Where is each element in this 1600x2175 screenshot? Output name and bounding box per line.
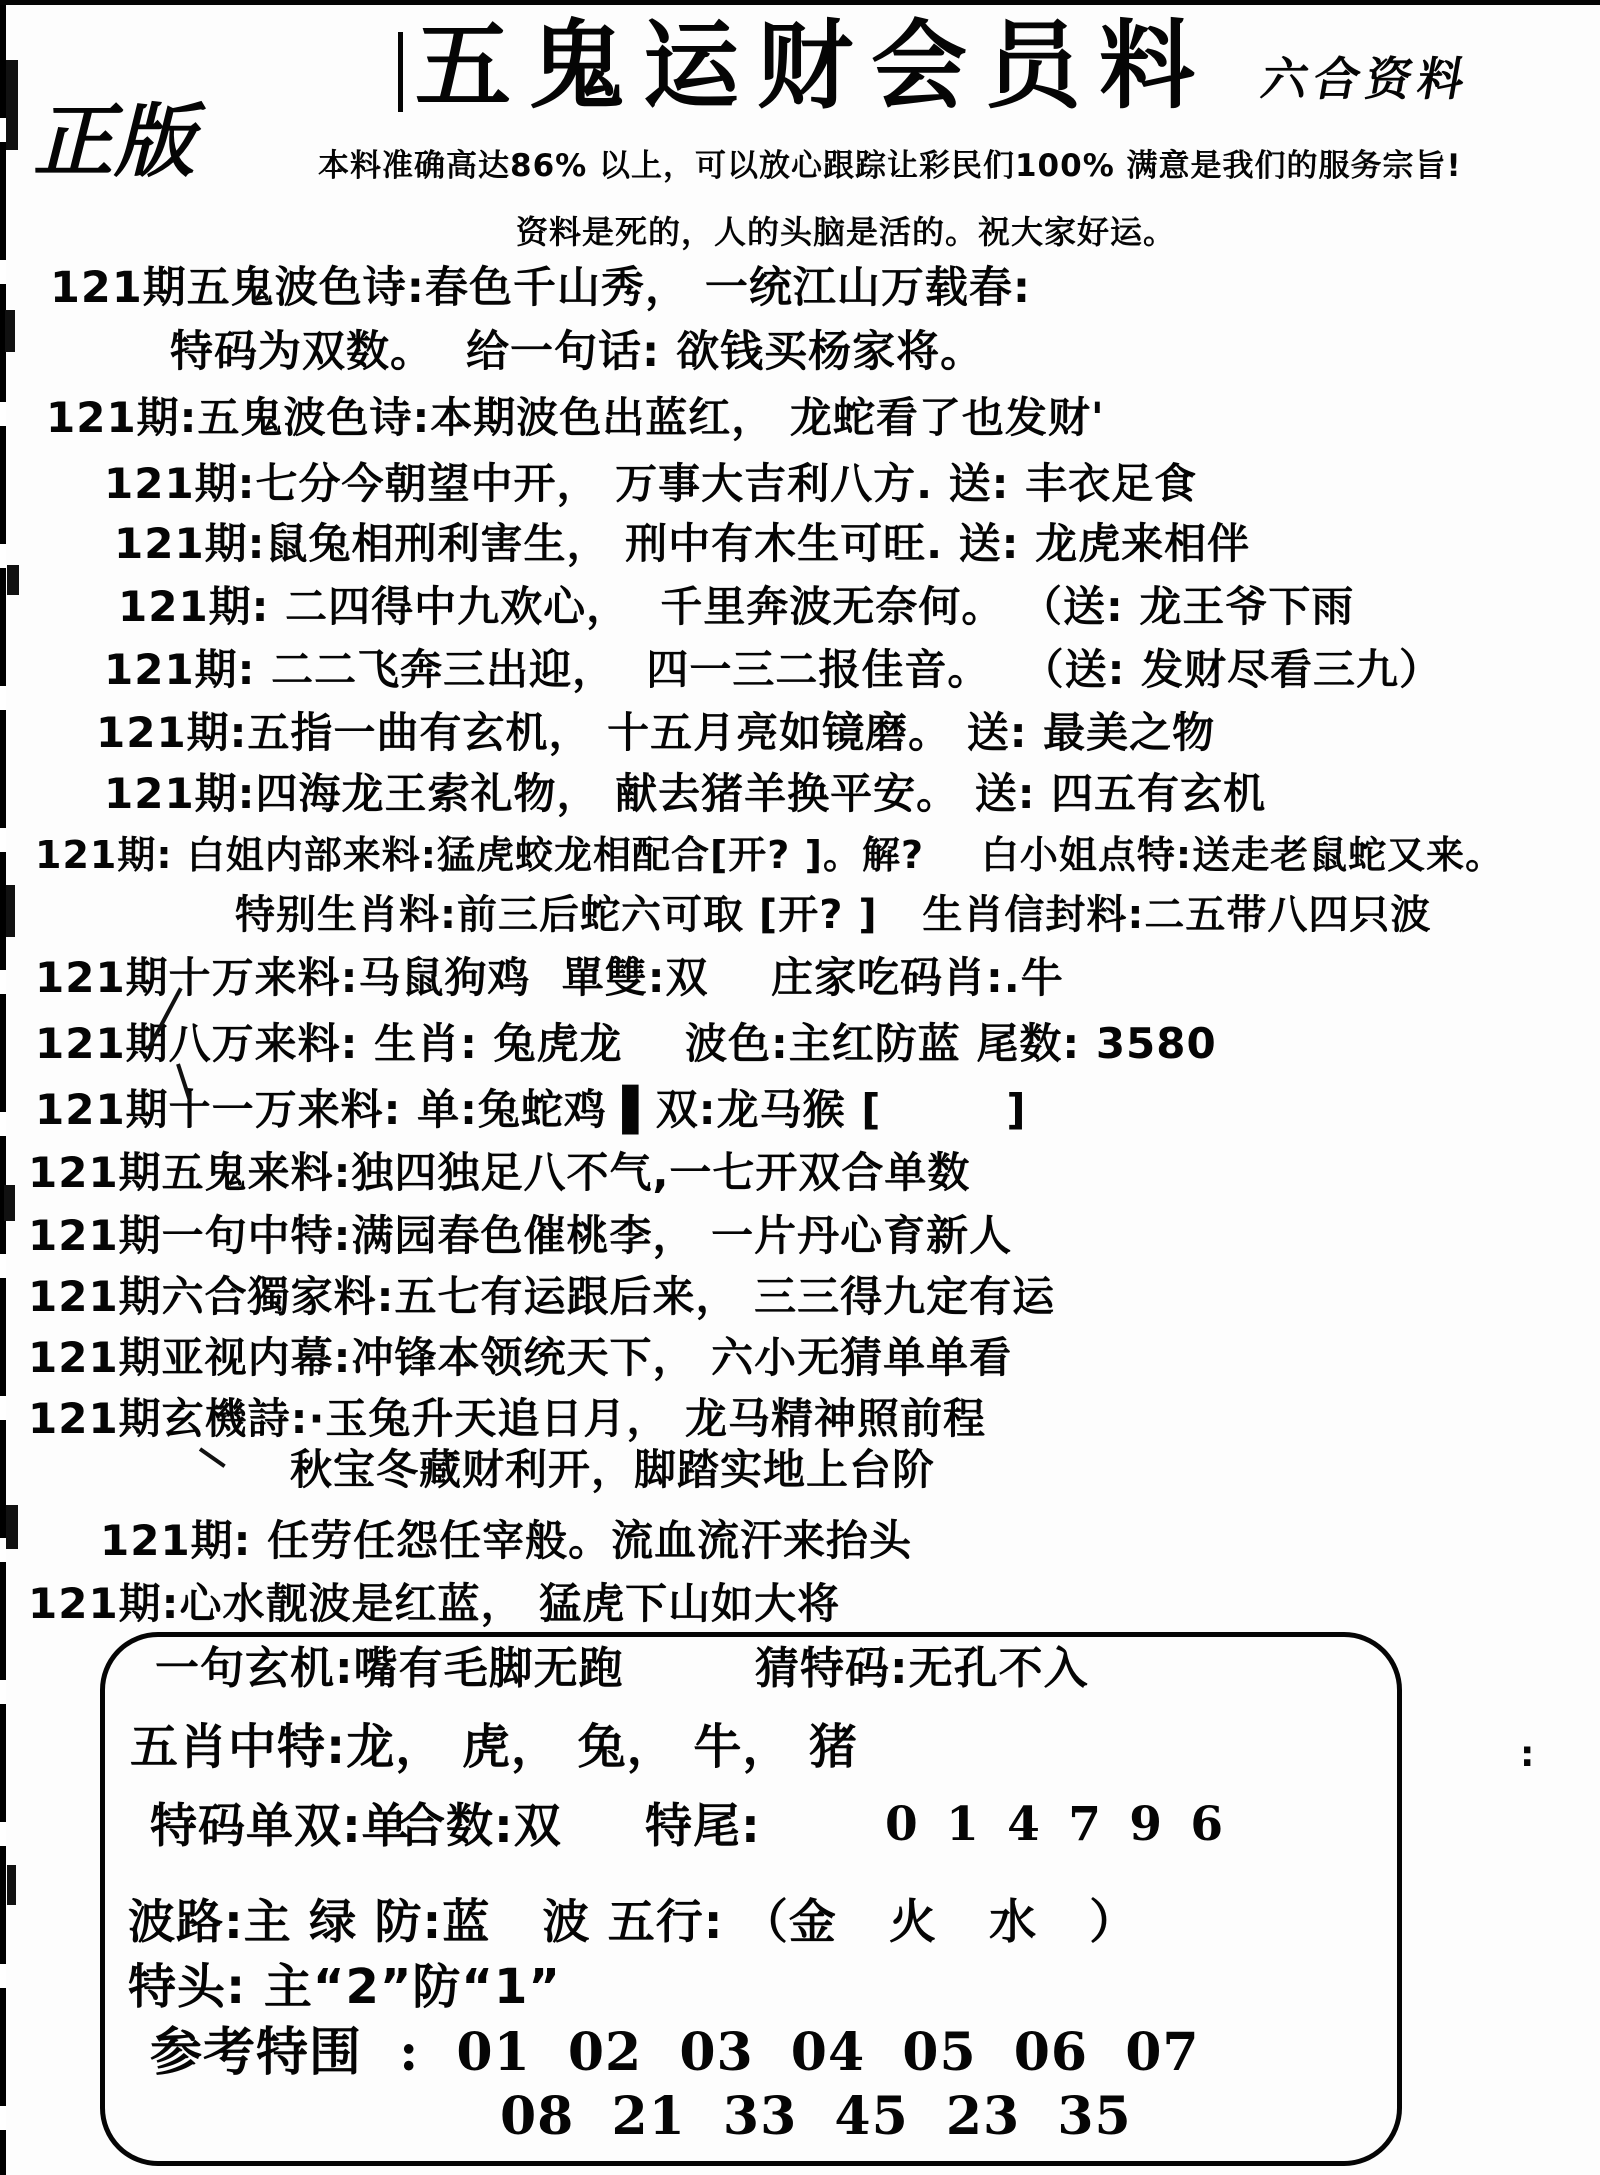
corner-label: 六合资料: [1258, 55, 1475, 103]
content-line-6: 121期: 二四得中九欢心， 千里奔波无奈何。 （送: 龙王爷下雨: [118, 585, 1354, 629]
content-line-18: 121期亚视内幕:冲锋本领统天下， 六小无猜单单看: [28, 1336, 1012, 1380]
content-line-10: 121期: 白姐内部来料:猛虎蛟龙相配合[开? ]。解? 白小姐点特:送走老鼠蛇…: [35, 836, 1504, 876]
edition-label: 正版: [30, 100, 213, 184]
scan-artifact: [7, 1865, 16, 1905]
content-line-12: 121期十万来料:马鼠狗鸡 單雙:双 庄家吃码肖:.牛: [35, 956, 1064, 1000]
scan-artifact: [4, 1185, 15, 1221]
scan-artifact: [6, 60, 18, 150]
box-sum: 合数:双: [398, 1802, 562, 1851]
tagline-note: 资料是死的，人的头脑是活的。祝大家好运。: [516, 216, 1176, 250]
content-line-17: 121期六合獨家料:五七有运跟后来， 三三得九定有运: [28, 1275, 1055, 1319]
box-head: 特头: 主“2”防“1”: [128, 1962, 561, 2012]
box-odd-even: 特码单双:单: [150, 1802, 410, 1851]
scan-artifact: [5, 310, 15, 352]
tagline-accuracy: 本料准确高达86% 以上，可以放心跟踪让彩民们100% 满意是我们的服务宗旨!: [318, 150, 1462, 183]
content-line-8: 121期:五指一曲有玄机， 十五月亮如镜磨。 送: 最美之物: [96, 711, 1215, 755]
box-wave: 波路:主 绿 防:蓝 波 五行: （金 火 水 ）: [128, 1898, 1137, 1947]
title-leading-bar: [398, 32, 403, 112]
content-line-22: 121期:心水靓波是红蓝， 猛虎下山如大将: [28, 1582, 840, 1626]
content-line-15: 121期五鬼来料:独四独足八不气,一七开双合单数: [28, 1151, 970, 1195]
content-line-3: 121期:五鬼波色诗:本期波色出蓝红， 龙蛇看了也发财': [46, 396, 1105, 440]
box-range-row1: 参考特围 : 01 02 03 04 05 06 07: [150, 2026, 1200, 2081]
box-tail-digits: 0 1 4 7 9 6: [885, 1800, 1224, 1849]
scan-artifact: [6, 1505, 18, 1549]
content-line-5: 121期:鼠兔相刑利害生， 刑中有木生可旺. 送: 龙虎来相伴: [114, 522, 1250, 566]
content-line-14: 121期十一万来料: 单:兔蛇鸡 ▌双:龙马猴 [ ]: [35, 1088, 1027, 1132]
content-line-1: 121期五鬼波色诗:春色千山秀， 一统江山万载春:: [50, 266, 1031, 311]
box-tail-label: 特尾:: [645, 1802, 761, 1851]
scan-artifact: [6, 885, 15, 937]
box-range-row2: 08 21 33 45 23 35: [500, 2090, 1132, 2145]
content-line-13: 121期八万来料: 生肖: 兔虎龙 波色:主红防蓝 尾数: 3580: [35, 1022, 1217, 1066]
content-line-21: 121期: 任劳任怨任宰般。流血流汗来抬头: [100, 1519, 912, 1563]
content-line-20: 秋宝冬藏财利开，脚踏实地上台阶: [290, 1448, 935, 1492]
content-line-4: 121期:七分今朝望中开， 万事大吉利八方. 送: 丰衣足食: [104, 462, 1197, 506]
box-guess-special: 猜特码:无孔不入: [755, 1646, 1089, 1692]
content-line-19: 121期玄機詩:·玉兔升天追日月， 龙马精神照前程: [28, 1397, 986, 1441]
scan-artifact-colon: :: [1520, 1736, 1535, 1774]
box-five-zodiac: 五肖中特:龙， 虎， 兔， 牛， 猪: [130, 1722, 858, 1772]
content-line-7: 121期: 二二飞奔三出迎， 四一三二报佳音。 （送: 发财尽看三九）: [104, 648, 1442, 692]
box-mystery-phrase: 一句玄机:嘴有毛脚无跑: [155, 1646, 624, 1692]
pen-mark: [199, 1447, 226, 1467]
top-scan-edge: [0, 0, 1600, 5]
scan-artifact: [7, 565, 19, 595]
page-title: 五鬼运财会员料: [415, 16, 1213, 117]
scanned-lottery-sheet: 正版 五鬼运财会员料 六合资料 本料准确高达86% 以上，可以放心跟踪让彩民们1…: [0, 0, 1600, 2175]
content-line-9: 121期:四海龙王索礼物， 献去猪羊换平安。 送: 四五有玄机: [104, 772, 1266, 816]
content-line-2: 特码为双数。 给一句话: 欲钱买杨家将。: [170, 330, 984, 375]
content-line-11: 特别生肖料:前三后蛇六可取 [开? ] 生肖信封料:二五带八四只波: [235, 894, 1431, 936]
content-line-16: 121期一句中特:满园春色催桃李， 一片丹心育新人: [28, 1214, 1012, 1258]
